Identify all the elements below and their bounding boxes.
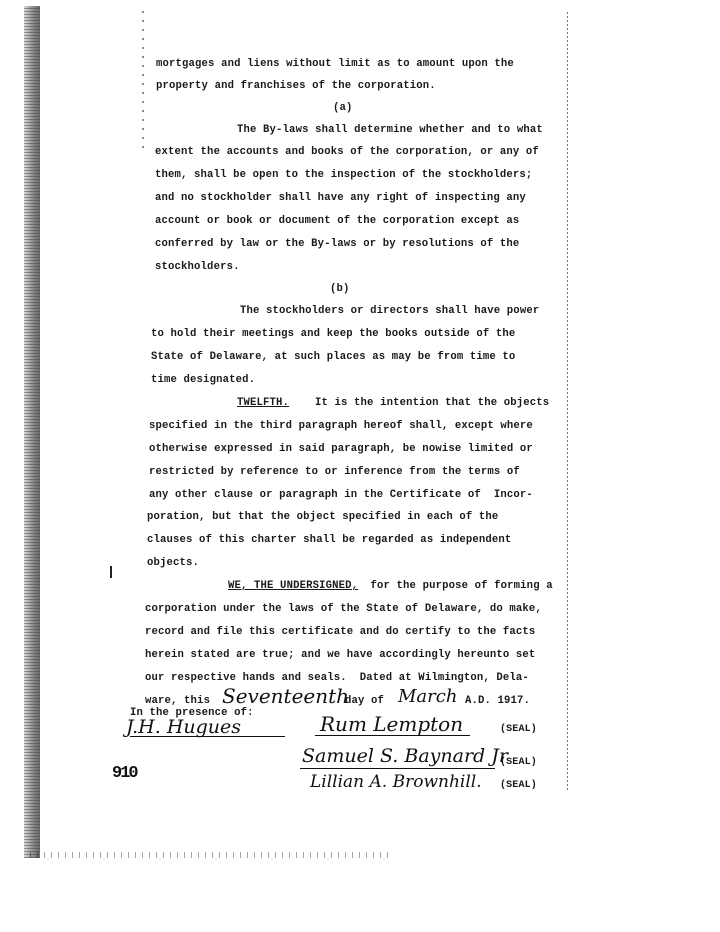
text-line: State of Delaware, at such places as may… bbox=[151, 352, 515, 363]
margin-mark bbox=[110, 566, 112, 578]
text-line: to hold their meetings and keep the book… bbox=[151, 329, 515, 340]
text-line: record and file this certificate and do … bbox=[145, 627, 535, 638]
page-edge-line bbox=[567, 10, 568, 790]
text-line: objects. bbox=[147, 558, 199, 569]
text-line: poration, but that the object specified … bbox=[147, 512, 498, 523]
signature-line-2 bbox=[300, 768, 495, 769]
signature-3: Lillian A. Brownhill. bbox=[310, 772, 482, 792]
text-line: conferred by law or the By-laws or by re… bbox=[155, 239, 519, 250]
text-line: property and franchises of the corporati… bbox=[156, 81, 436, 92]
text-line: stockholders. bbox=[155, 262, 240, 273]
date-mid: day of bbox=[345, 696, 384, 707]
section-heading-twelfth: TWELFTH. bbox=[237, 398, 289, 409]
section-label-a: (a) bbox=[333, 103, 353, 114]
text-line: The By-laws shall determine whether and … bbox=[237, 125, 543, 136]
handwritten-day: Seventeenth bbox=[222, 684, 349, 708]
signature-1: Rum Lempton bbox=[320, 712, 463, 736]
text-line: corporation under the laws of the State … bbox=[145, 604, 542, 615]
text-line: extent the accounts and books of the cor… bbox=[155, 147, 539, 158]
text-line: any other clause or paragraph in the Cer… bbox=[149, 490, 533, 501]
scan-artifact bbox=[142, 8, 144, 148]
text-line: The stockholders or directors shall have… bbox=[240, 306, 539, 317]
section-heading-undersigned: WE, THE UNDERSIGNED, bbox=[228, 581, 358, 592]
seal-2: (SEAL) bbox=[500, 758, 537, 768]
binding-shadow bbox=[24, 6, 40, 858]
text-line: time designated. bbox=[151, 375, 255, 386]
text-line: mortgages and liens without limit as to … bbox=[156, 59, 514, 70]
section-label-b: (b) bbox=[330, 284, 350, 295]
witness-signature-line bbox=[130, 736, 285, 737]
text-line: specified in the third paragraph hereof … bbox=[149, 421, 533, 432]
text-line: for the purpose of forming a bbox=[364, 581, 553, 592]
text-line: and no stockholder shall have any right … bbox=[155, 193, 526, 204]
text-line: otherwise expressed in said paragraph, b… bbox=[149, 444, 533, 455]
signature-2: Samuel S. Baynard Jr bbox=[302, 745, 508, 767]
text-line: them, shall be open to the inspection of… bbox=[155, 170, 532, 181]
text-line: account or book or document of the corpo… bbox=[155, 216, 519, 227]
seal-3: (SEAL) bbox=[500, 781, 537, 791]
text-line: clauses of this charter shall be regarde… bbox=[147, 535, 511, 546]
signature-line-1 bbox=[315, 735, 470, 736]
date-prefix: ware, this bbox=[145, 696, 210, 707]
page-bottom-edge bbox=[30, 852, 390, 858]
text-line: It is the intention that the objects bbox=[315, 398, 549, 409]
scanned-page: mortgages and liens without limit as to … bbox=[0, 0, 720, 932]
text-line: herein stated are true; and we have acco… bbox=[145, 650, 535, 661]
text-line: restricted by reference to or inference … bbox=[149, 467, 520, 478]
page-number: 910 bbox=[112, 764, 137, 783]
seal-1: (SEAL) bbox=[500, 725, 537, 735]
witness-signature: J.H. Hugues bbox=[126, 716, 241, 738]
date-suffix: A.D. 1917. bbox=[465, 696, 530, 707]
handwritten-month: March bbox=[398, 686, 457, 707]
text-line: our respective hands and seals. Dated at… bbox=[145, 673, 529, 684]
